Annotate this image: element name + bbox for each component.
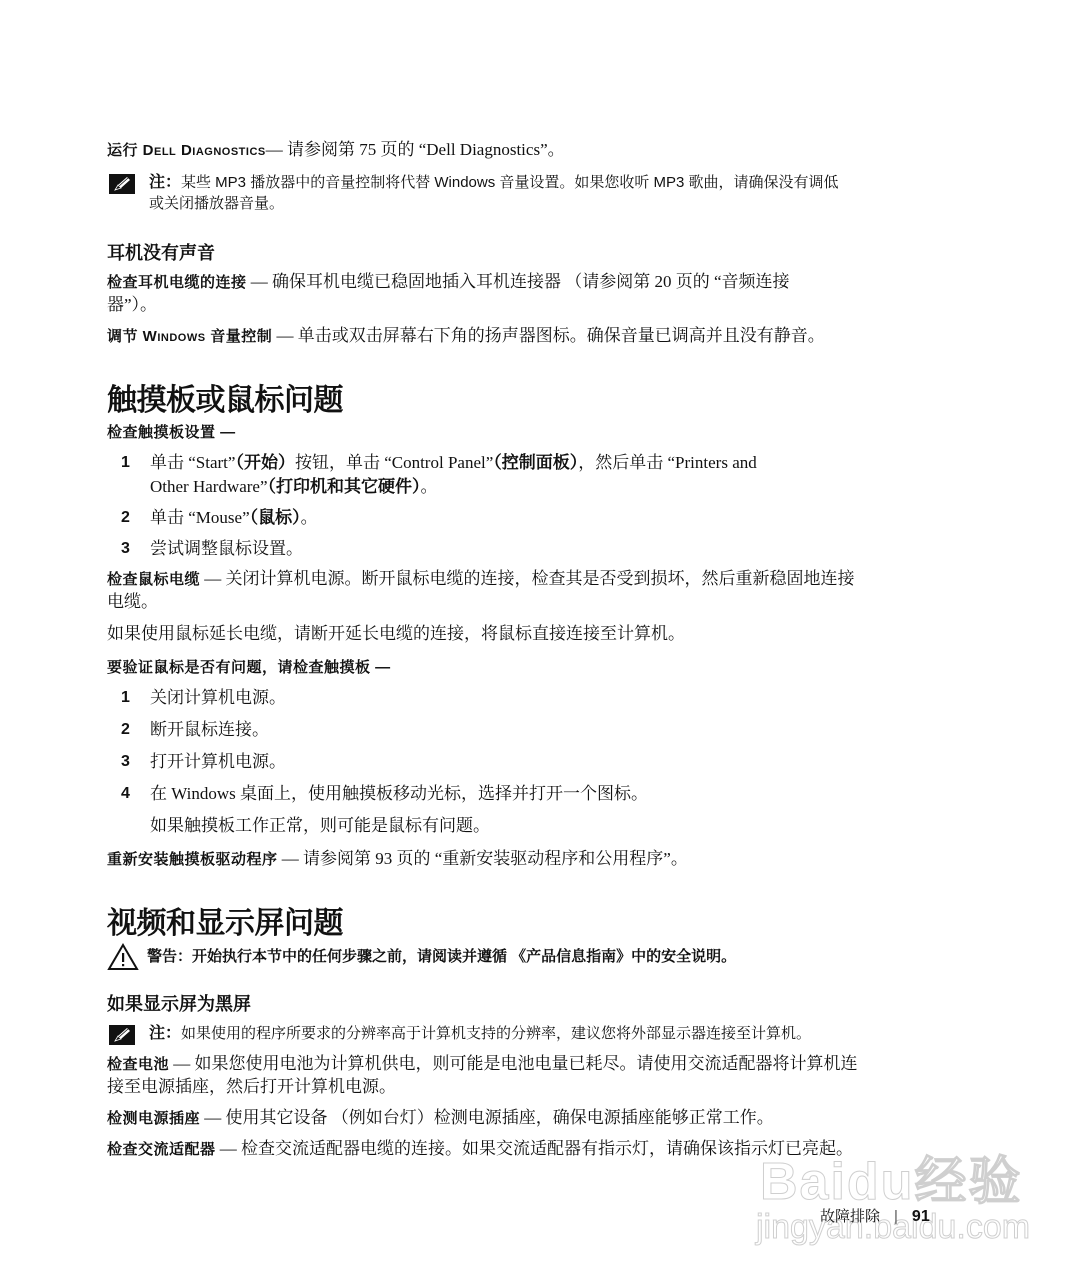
step-text: 关闭计算机电源。 [150,687,950,709]
step-text: 单击 “Mouse” [150,508,250,527]
reinstall-driver-paragraph: 重新安装触摸板驱动程序 — 请参阅第 93 页的 “重新安装驱动程序和公用程序”… [107,848,688,871]
step-text: 在 Windows 桌面上，使用触摸板移动光标，选择并打开一个图标。 [150,783,950,805]
note-label: 注： [149,174,181,191]
watermark-logo-text: Baidu经验 [760,1155,1030,1209]
mouse-cable-text-cont: 电缆。 [107,591,967,613]
step-number: 1 [121,687,130,709]
step-number: 3 [121,538,130,560]
headphone-cable-paragraph: 检查耳机电缆的连接 — 确保耳机电缆已稳固地插入耳机连接器 （请参阅第 20 页… [107,271,927,316]
check-adapter-paragraph: 检查交流适配器 — 检查交流适配器电缆的连接。如果交流适配器有指示灯，请确保该指… [107,1138,853,1161]
note-label: 注： [149,1025,181,1042]
note-text-cont: 或关闭播放器音量。 [149,193,839,214]
windows-volume-paragraph: 调节 Windows 音量控制 — 单击或双击屏幕右下角的扬声器图标。确保音量已… [107,325,825,348]
step-text-bold: （控制面板） [493,453,578,472]
warning-label: 警告： [147,948,192,965]
video-heading: 视频和显示屏问题 [107,898,343,942]
note-resolution: 注：如果使用的程序所要求的分辨率高于计算机支持的分辨率，建议您将外部显示器连接至… [107,1023,811,1044]
mouse-cable-lead: 检查鼠标电缆 [107,571,200,588]
headphone-cable-lead: 检查耳机电缆的连接 [107,274,247,291]
note-pencil-icon [109,174,135,194]
check-outlet-paragraph: 检测电源插座 — 使用其它设备 （例如台灯）检测电源插座，确保电源插座能够正常工… [107,1107,774,1130]
step-text-bold: （开始） [235,453,295,472]
run-diagnostics-text: — 请参阅第 75 页的 “Dell Diagnostics”。 [266,140,565,159]
reinstall-driver-lead: 重新安装触摸板驱动程序 [107,851,278,868]
mouse-cable-paragraph: 检查鼠标电缆 — 关闭计算机电源。断开鼠标电缆的连接，检查其是否受到损坏，然后重… [107,568,967,613]
step-text-bold: （鼠标） [250,508,301,527]
check-outlet-text: — 使用其它设备 （例如台灯）检测电源插座，确保电源插座能够正常工作。 [200,1108,774,1127]
note-text: 如果使用的程序所要求的分辨率高于计算机支持的分辨率，建议您将外部显示器连接至计算… [181,1025,811,1042]
step-text: ，然后单击 “Printers and [578,453,756,472]
step-number: 2 [121,719,130,741]
step-text-bold: （打印机和其它硬件） [268,477,421,496]
verify-mouse-lead: 要验证鼠标是否有问题，请检查触摸板 — [107,656,391,677]
step-text: 。 [301,508,318,527]
check-battery-text-cont: 接至电源插座，然后打开计算机电源。 [107,1076,967,1098]
step-number: 2 [121,507,130,529]
step-text: 打开计算机电源。 [150,751,950,773]
step-text: 。 [421,477,438,496]
touchpad-heading: 触摸板或鼠标问题 [107,375,343,419]
step-followup-text: 如果触摸板工作正常，则可能是鼠标有问题。 [150,815,950,837]
headphone-cable-text-cont: 器”）。 [107,294,927,316]
step-number: 4 [121,783,130,805]
headphones-heading: 耳机没有声音 [107,239,215,265]
check-outlet-lead: 检测电源插座 [107,1110,200,1127]
warning-triangle-icon [107,943,139,971]
run-diagnostics-lead: 运行 Dell Diagnostics [107,142,266,159]
check-adapter-lead: 检查交流适配器 [107,1141,216,1158]
mouse-cable-text: — 关闭计算机电源。断开鼠标电缆的连接，检查其是否受到损坏，然后重新稳固地连接 [200,569,855,588]
check-battery-text: — 如果您使用电池为计算机供电，则可能是电池电量已耗尽。请使用交流适配器将计算机… [169,1054,858,1073]
warning-safety: 警告：开始执行本节中的任何步骤之前，请阅读并遵循 《产品信息指南》中的安全说明。 [107,945,736,966]
footer-separator: | [894,1208,898,1225]
check-battery-lead: 检查电池 [107,1056,169,1073]
step-number: 3 [121,751,130,773]
step-text: 尝试调整鼠标设置。 [150,538,950,560]
run-diagnostics-paragraph: 运行 Dell Diagnostics— 请参阅第 75 页的 “Dell Di… [107,139,565,162]
headphone-cable-text: — 确保耳机电缆已稳固地插入耳机连接器 （请参阅第 20 页的 “音频连接 [247,272,790,291]
page-footer: 故障排除|91 [820,1205,930,1226]
step-text: 按钮，单击 “Control Panel” [295,453,493,472]
note-text: 某些 MP3 播放器中的音量控制将代替 Windows 音量设置。如果您收听 M… [181,174,839,191]
check-adapter-text: — 检查交流适配器电缆的连接。如果交流适配器有指示灯，请确保该指示灯已亮起。 [216,1139,854,1158]
check-battery-paragraph: 检查电池 — 如果您使用电池为计算机供电，则可能是电池电量已耗尽。请使用交流适配… [107,1053,967,1098]
windows-volume-text: — 单击或双击屏幕右下角的扬声器图标。确保音量已调高并且没有静音。 [272,326,825,345]
windows-volume-lead: 调节 Windows 音量控制 [107,328,272,345]
baidu-watermark: Baidu经验 jingyan.baidu.com [760,1155,1030,1245]
footer-chapter: 故障排除 [820,1208,880,1225]
step-text: 单击 “Start” [150,453,235,472]
note-mp3: 注：某些 MP3 播放器中的音量控制将代替 Windows 音量设置。如果您收听… [107,172,839,214]
step-text: 断开鼠标连接。 [150,719,950,741]
black-screen-heading: 如果显示屏为黑屏 [107,990,251,1016]
extension-cable-paragraph: 如果使用鼠标延长电缆，请断开延长电缆的连接，将鼠标直接连接至计算机。 [107,623,685,645]
check-touchpad-settings-lead: 检查触摸板设置 — [107,421,236,442]
reinstall-driver-text: — 请参阅第 93 页的 “重新安装驱动程序和公用程序”。 [278,849,688,868]
step-text: Other Hardware” [150,477,268,496]
page-number: 91 [912,1208,930,1225]
warning-text: 开始执行本节中的任何步骤之前，请阅读并遵循 《产品信息指南》中的安全说明。 [192,948,736,965]
step-number: 1 [121,452,130,474]
note-pencil-icon [109,1025,135,1045]
